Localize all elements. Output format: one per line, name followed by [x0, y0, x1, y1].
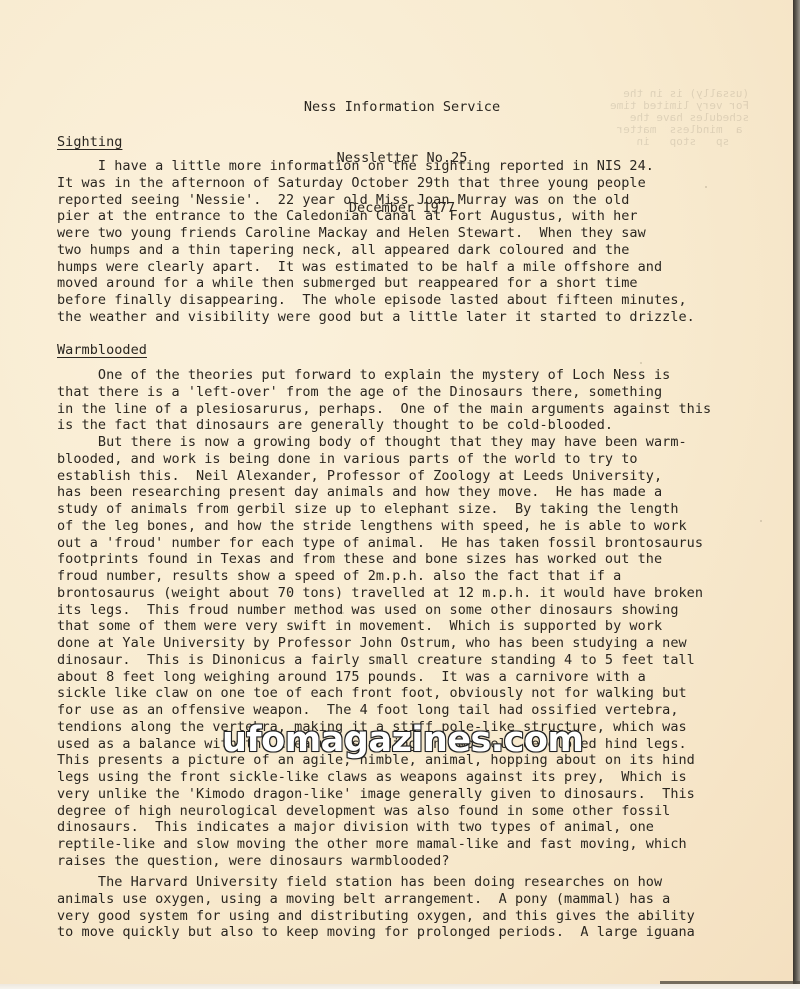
- text-line: establish this. Neil Alexander, Professo…: [57, 468, 711, 485]
- text-line: very good system for using and distribut…: [57, 908, 695, 925]
- text-line: its legs. This froud number method was u…: [57, 602, 711, 619]
- watermark: ufomagazines.com: [222, 720, 583, 760]
- sighting-paragraph: I have a little more information on the …: [57, 158, 695, 326]
- text-line: pier at the entrance to the Caledonian C…: [57, 208, 695, 225]
- text-line: that there is a 'left-over' from the age…: [57, 384, 711, 401]
- paper-speck: [705, 186, 707, 188]
- text-line: froud number, results show a speed of 2m…: [57, 568, 711, 585]
- text-line: dinosaurs. This indicates a major divisi…: [57, 819, 711, 836]
- newsletter-page: (ussally) is in the For very limited tim…: [0, 0, 793, 984]
- warmblooded-paragraph-2: The Harvard University field station has…: [57, 874, 695, 941]
- text-line: One of the theories put forward to expla…: [57, 367, 711, 384]
- section-heading-sighting: Sighting: [57, 134, 122, 150]
- text-line: before finally disappearing. The whole e…: [57, 292, 695, 309]
- text-line: I have a little more information on the …: [57, 158, 695, 175]
- text-line: out a 'froud' number for each type of an…: [57, 535, 711, 552]
- text-line: of the leg bones, and how the stride len…: [57, 518, 711, 535]
- text-line: reported seeing 'Nessie'. 22 year old Mi…: [57, 192, 695, 209]
- organization-name: Ness Information Service: [4, 99, 800, 116]
- text-line: dinosaur. This is Dinonicus a fairly sma…: [57, 652, 711, 669]
- text-line: blooded, and work is being done in vario…: [57, 451, 711, 468]
- text-line: humps were clearly apart. It was estimat…: [57, 259, 695, 276]
- text-line: two humps and a thin tapering neck, all …: [57, 242, 695, 259]
- paper-speck: [760, 520, 762, 522]
- warmblooded-paragraph-1: One of the theories put forward to expla…: [57, 367, 711, 870]
- text-line: study of animals from gerbil size up to …: [57, 501, 711, 518]
- text-line: about 8 feet long weighing around 175 po…: [57, 669, 711, 686]
- text-line: moved around for a while then submerged …: [57, 275, 695, 292]
- text-line: in the line of a plesiosarurus, perhaps.…: [57, 401, 711, 418]
- text-line: were two young friends Caroline Mackay a…: [57, 225, 695, 242]
- text-line: legs using the front sickle-like claws a…: [57, 769, 711, 786]
- text-line: But there is now a growing body of thoug…: [57, 434, 711, 451]
- text-line: that some of them were very swift in mov…: [57, 618, 711, 635]
- text-line: is the fact that dinosaurs are generally…: [57, 417, 711, 434]
- scan-edge-bottom: [0, 984, 800, 989]
- text-line: raises the question, were dinosaurs warm…: [57, 853, 711, 870]
- text-line: sickle like claw on one toe of each fron…: [57, 685, 711, 702]
- scan-shadow-bottom: [660, 981, 800, 984]
- text-line: footprints found in Texas and from these…: [57, 551, 711, 568]
- text-line: degree of high neurological development …: [57, 803, 711, 820]
- text-line: reptile-like and slow moving the other m…: [57, 836, 711, 853]
- text-line: very unlike the 'Kimodo dragon-like' ima…: [57, 786, 711, 803]
- scan-edge-right: [793, 0, 800, 989]
- section-heading-warmblooded: Warmblooded: [57, 342, 147, 358]
- paper-speck: [342, 612, 344, 614]
- text-line: to move quickly but also to keep moving …: [57, 924, 695, 941]
- text-line: The Harvard University field station has…: [57, 874, 695, 891]
- text-line: brontosaurus (weight about 70 tons) trav…: [57, 585, 711, 602]
- text-line: the weather and visibility were good but…: [57, 309, 695, 326]
- text-line: has been researching present day animals…: [57, 484, 711, 501]
- paper-speck: [640, 362, 642, 364]
- text-line: It was in the afternoon of Saturday Octo…: [57, 175, 695, 192]
- text-line: done at Yale University by Professor Joh…: [57, 635, 711, 652]
- text-line: for use as an offensive weapon. The 4 fo…: [57, 702, 711, 719]
- text-line: animals use oxygen, using a moving belt …: [57, 891, 695, 908]
- paper-speck: [118, 200, 120, 202]
